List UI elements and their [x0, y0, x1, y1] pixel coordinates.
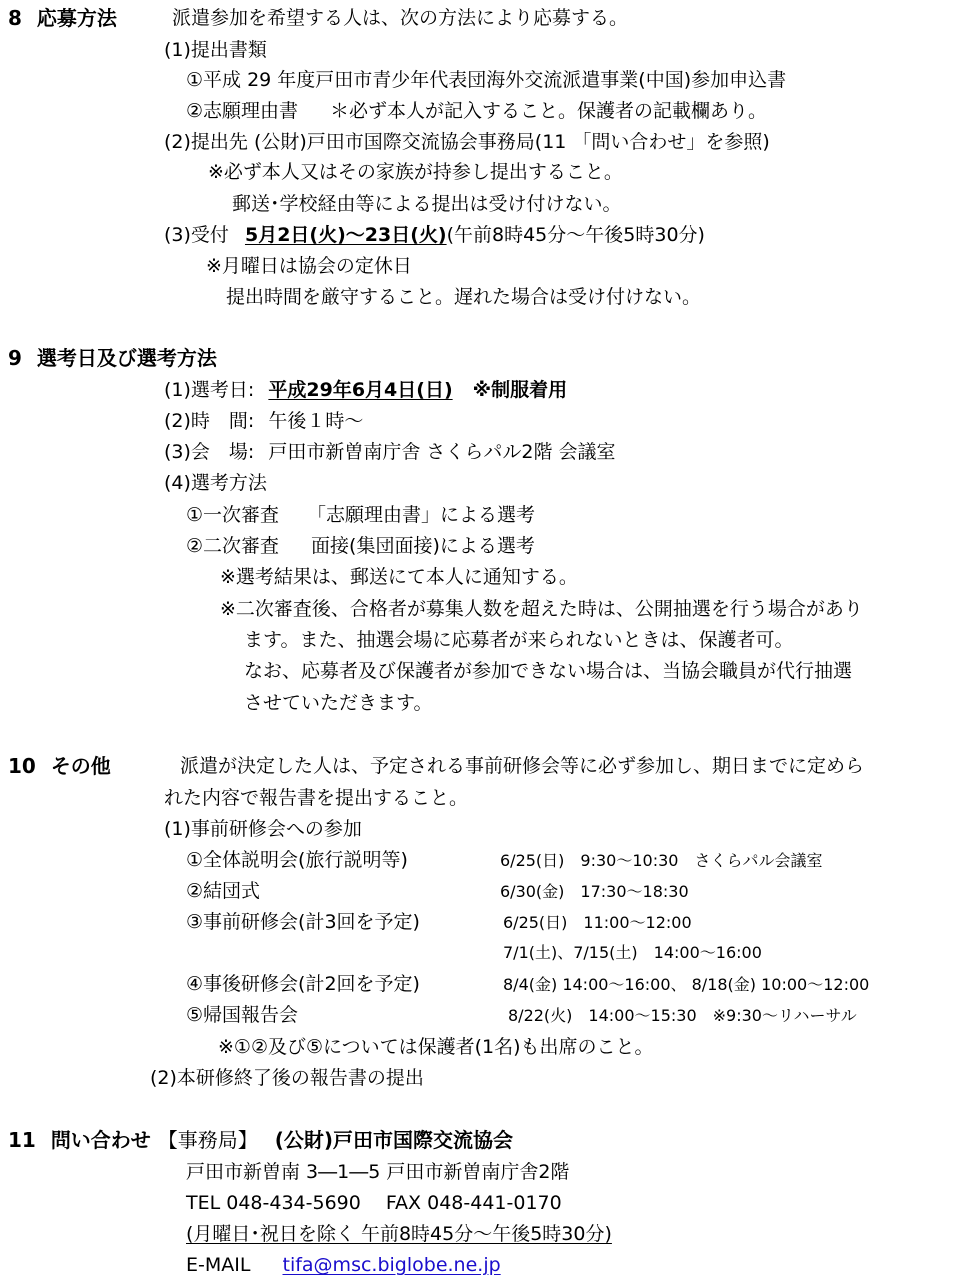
selection-date-value: 平成29年6月4日(日) — [268, 379, 452, 401]
email-label: E-MAIL — [186, 1254, 250, 1276]
event-schedule: 8/4(金) 14:00～16:00、 8/18(金) 10:00～12:00 — [503, 973, 869, 997]
motivation-letter-note: ＊必ず本人が記入すること。保護者の記載欄あり。 — [330, 100, 767, 122]
first-screening-value: 「志願理由書」による選考 — [307, 504, 535, 526]
lottery-note-2: ます。また、抽選会場に応募者が来られないときは、保護者可。 — [244, 628, 793, 652]
office-label: 【事務局】 — [158, 1128, 258, 1152]
application-form-item: ①平成 29 年度戸田市青少年代表団海外交流派遣事業(中国)参加申込書 — [186, 68, 786, 92]
section-title: 選考日及び選考方法 — [37, 346, 217, 370]
lottery-note-3: なお、応募者及び保護者が参加できない場合は、当協会職員が代行抽選 — [244, 659, 852, 683]
guardian-attendance-note: ※①②及び⑤については保護者(1名)も出席のこと。 — [218, 1035, 654, 1059]
section-10-intro-b: れた内容で報告書を提出すること。 — [164, 786, 468, 810]
selection-venue-label: (3)会 場: — [164, 441, 254, 463]
selection-time: (2)時 間: 午後１時～ — [164, 409, 363, 433]
event-label: ①全体説明会(旅行説明等) — [186, 848, 408, 872]
selection-time-label: (2)時 間: — [164, 410, 254, 432]
section-title: 問い合わせ — [51, 1128, 151, 1152]
event-schedule: 6/25(日) 11:00～12:00 — [503, 911, 692, 935]
selection-date: (1)選考日: 平成29年6月4日(日) ※制服着用 — [164, 378, 567, 402]
selection-time-value: 午後１時～ — [268, 410, 363, 432]
selection-date-label: (1)選考日: — [164, 379, 254, 401]
section-number: 9 — [8, 346, 22, 370]
submission-note-1: ※必ず本人又はその家族が持参し提出すること。 — [208, 160, 623, 184]
selection-method: (4)選考方法 — [164, 471, 267, 495]
first-screening-label: ①一次審査 — [186, 504, 279, 526]
section-title: その他 — [51, 754, 111, 778]
reception-dates: 5月2日(火)～23日(火) — [245, 224, 447, 246]
submission-destination: (2)提出先 (公財)戸田市国際交流協会事務局(11 「問い合わせ」を参照) — [164, 130, 770, 154]
submission-documents: (1)提出書類 — [164, 38, 267, 62]
section-8-intro: 派遣参加を希望する人は、次の方法により応募する。 — [172, 6, 628, 30]
section-10-intro-a: 派遣が決定した人は、予定される事前研修会等に必ず参加し、期日までに定めら — [180, 754, 864, 778]
event-schedule: 6/30(金) 17:30～18:30 — [500, 880, 689, 904]
motivation-letter-item: ②志願理由書＊必ず本人が記入すること。保護者の記載欄あり。 — [186, 99, 767, 123]
lottery-note-1: ※二次審査後、合格者が募集人数を超えた時は、公開抽選を行う場合があり — [220, 597, 863, 621]
event-schedule: 6/25(日) 9:30～10:30 さくらパル会議室 — [500, 849, 822, 873]
second-screening-value: 面接(集団面接)による選考 — [311, 535, 535, 557]
lottery-note-4: させていただきます。 — [244, 691, 432, 715]
organization-name: (公財)戸田市国際交流協会 — [275, 1128, 513, 1152]
section-8-heading: 8 応募方法 — [8, 6, 117, 30]
second-screening-label: ②二次審査 — [186, 535, 279, 557]
reception-hours: (午前8時45分～午後5時30分) — [447, 224, 705, 246]
selection-venue-value: 戸田市新曽南庁舎 さくらパル2階 会議室 — [268, 441, 615, 463]
section-number: 8 — [8, 6, 22, 30]
reception-label: (3)受付 — [164, 224, 229, 246]
event-schedule: 8/22(火) 14:00～15:30 ※9:30～リハーサル — [508, 1004, 857, 1028]
event-label: ④事後研修会(計2回を予定) — [186, 972, 420, 996]
second-screening: ②二次審査面接(集団面接)による選考 — [186, 534, 535, 558]
address: 戸田市新曽南 3―1―5 戸田市新曽南庁舎2階 — [186, 1160, 569, 1184]
event-label: ②結団式 — [186, 879, 260, 903]
event-schedule: 7/1(土)、7/15(土) 14:00～16:00 — [503, 941, 762, 965]
section-title: 応募方法 — [37, 6, 117, 30]
uniform-note: ※制服着用 — [473, 379, 567, 401]
first-screening: ①一次審査「志願理由書」による選考 — [186, 503, 535, 527]
reception-note-1: ※月曜日は協会の定休日 — [206, 254, 412, 278]
reception-period: (3)受付 5月2日(火)～23日(火)(午前8時45分～午後5時30分) — [164, 223, 705, 247]
result-notice: ※選考結果は、郵送にて本人に通知する。 — [220, 565, 578, 589]
motivation-letter-label: ②志願理由書 — [186, 100, 298, 122]
event-label: ③事前研修会(計3回を予定) — [186, 910, 420, 934]
section-number: 10 — [8, 754, 36, 778]
report-submission: (2)本研修終了後の報告書の提出 — [150, 1066, 424, 1090]
submission-note-2: 郵送･学校経由等による提出は受け付けない。 — [232, 192, 622, 216]
office-hours: (月曜日･祝日を除く 午前8時45分～午後5時30分) — [186, 1222, 612, 1246]
section-9-heading: 9 選考日及び選考方法 — [8, 346, 217, 370]
email-link[interactable]: tifa@msc.biglobe.ne.jp — [283, 1254, 501, 1276]
email-row: E-MAIL tifa@msc.biglobe.ne.jp — [186, 1253, 501, 1277]
event-label: ⑤帰国報告会 — [186, 1003, 298, 1027]
section-number: 11 — [8, 1128, 36, 1152]
pre-training-heading: (1)事前研修会への参加 — [164, 817, 362, 841]
phone-fax: TEL 048-434-5690 FAX 048-441-0170 — [186, 1191, 562, 1215]
reception-note-2: 提出時間を厳守すること。遅れた場合は受け付けない。 — [226, 285, 701, 309]
selection-venue: (3)会 場: 戸田市新曽南庁舎 さくらパル2階 会議室 — [164, 440, 616, 464]
section-10-heading: 10 その他 — [8, 754, 111, 778]
section-11-heading: 11 問い合わせ 【事務局】 (公財)戸田市国際交流協会 — [8, 1128, 513, 1152]
